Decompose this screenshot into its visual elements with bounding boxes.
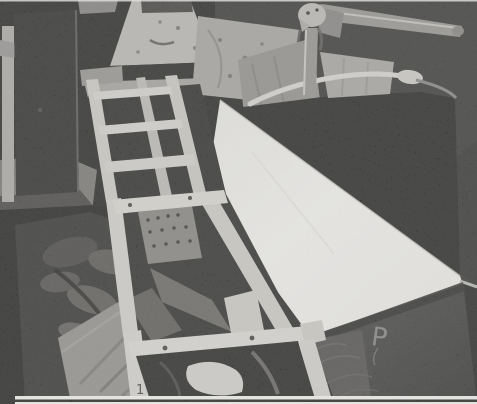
halftone-grain-overlay xyxy=(0,0,477,404)
photograph: P xyxy=(0,0,477,404)
